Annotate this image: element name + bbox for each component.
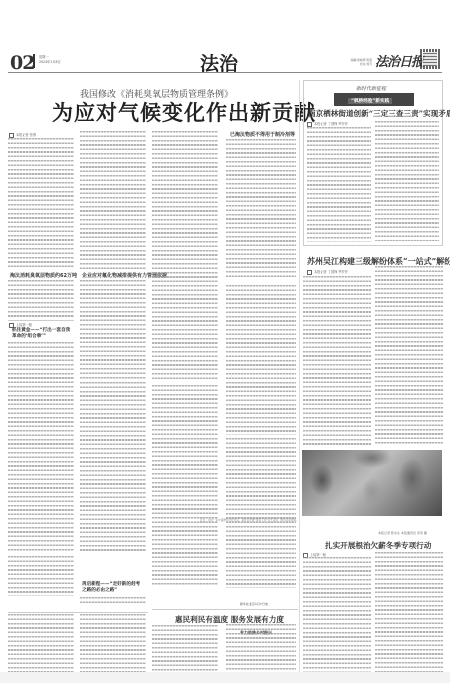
section-divider [8,320,74,321]
date: 2024年1月8日 [39,60,69,65]
lead-column-4b [226,285,296,435]
second-byline: 本报记者 丁国锋 罗莎莎 [307,269,348,275]
photo-credit: 本报记者 陈永生 本报通讯员 李英 摄 [378,531,427,535]
lower-left-column-1 [8,614,74,672]
page-bottom-margin [0,672,450,683]
lead-column-3 [152,131,218,381]
side-column-2b [80,597,146,605]
lower-left-column-2 [80,614,146,672]
date-line: 星期一 2024年1月8日 [39,55,69,64]
newspaper-logo: 法治日报 [375,51,423,70]
lead-column-1b [8,280,74,318]
side-dateline: 上接第一版 [9,322,32,328]
lead-column-2b [80,280,146,380]
lead-headline[interactable]: 为应对气候变化作出新贡献 [52,97,316,127]
wage-column-1 [303,557,371,672]
side-headline-2[interactable]: 再启新程——“走好新的赶考之路的必由之路” [82,582,144,594]
header-divider [33,54,35,68]
side-headline[interactable]: 抓住黄金——“打出一套自我革命的‘组合拳’” [12,328,72,340]
lead-subhead-1: 淘汰消耗臭氧层物质约62万吨 [10,272,77,279]
proofreader-line: 校对/刘芳 [338,62,372,66]
xinhua-source: 新华社北京1月7日电 [240,602,268,606]
feature-column-1 [307,127,371,242]
news-photo[interactable] [302,450,442,516]
side-column-1 [8,342,74,552]
second-column-2 [375,266,443,446]
photo-caption: 近日，为进一步丰富群众文化生活，某社区开展“送戏下乡”文艺活动，图为活动现场。 [200,519,444,523]
story-divider [152,609,298,610]
lead-column-4 [226,139,296,279]
lead-column-2 [80,131,146,271]
lower-left-divider [8,612,148,613]
second-column-1 [303,276,371,446]
side-column-2 [80,382,146,552]
lead-subhead-3: 已淘汰物质不得用于制冷剂等 [230,131,295,138]
wage-headline[interactable]: 扎实开展根治欠薪冬季专项行动 [325,540,431,551]
side-column-3 [152,385,218,585]
editor-credits: 编辑/黄晓辉 陈蕾 校对/刘芳 [338,58,372,66]
welfare-column-2 [226,624,296,672]
side-column-1b [8,556,74,596]
feature-headline[interactable]: 南京栖林街道创新“三定三查三责”实现矛盾不上行 [308,108,450,119]
column-rule [299,80,300,672]
banner-title: 新时代新征程 [356,85,386,92]
feature-column-2 [375,121,439,241]
qr-code-icon[interactable] [420,49,440,69]
welfare-column-1 [152,625,218,672]
feature-byline: 本报记者 丁国锋 罗莎莎 [307,121,348,127]
side-column-4 [226,438,296,588]
header-rule [8,72,442,73]
page-number: 02 [10,52,34,74]
lead-column-1 [8,138,74,268]
wage-column-2 [375,552,443,672]
banner-subtitle: “枫桥经验”新实践 [348,98,392,104]
lead-byline: 本报记者 张维 [9,132,36,138]
